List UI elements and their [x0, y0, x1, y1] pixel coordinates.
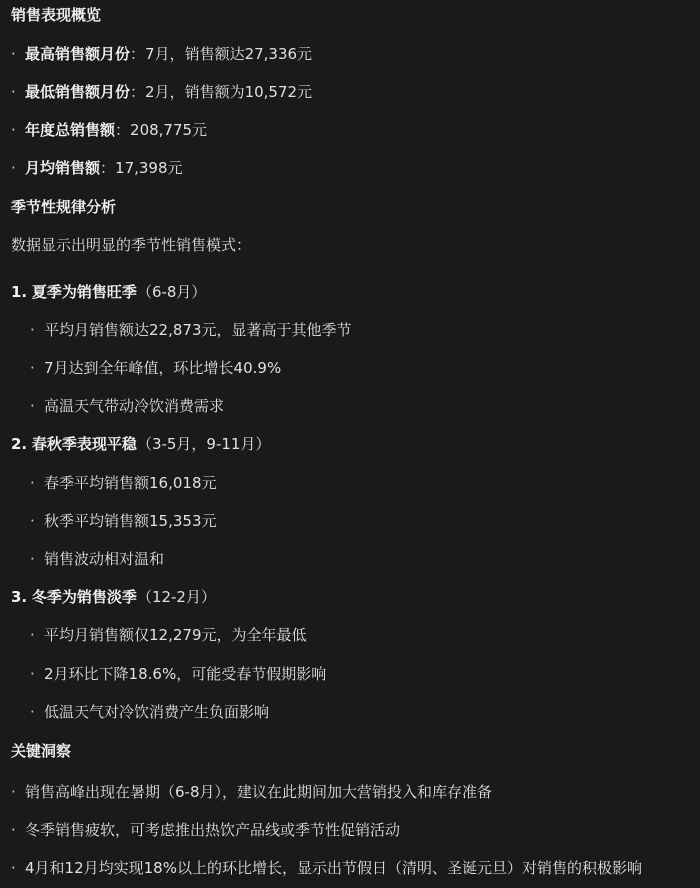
bullet-icon: · [30, 702, 44, 722]
season-spring-autumn-title: 2. 春秋季表现平稳（3-5月，9-11月） [11, 434, 270, 454]
overview-item-annual-total: ·年度总销售额：208,775元 [11, 120, 207, 140]
season-range: （3-5月，9-11月） [137, 435, 271, 453]
bullet-icon: · [30, 320, 44, 340]
bullet-icon: · [30, 625, 44, 645]
item-label: 月均销售额 [25, 159, 100, 177]
item-separator: ： [115, 121, 130, 139]
insight-item: ·4月和12月均实现18%以上的环比增长，显示出节假日（清明、圣诞元旦）对销售的… [11, 858, 642, 878]
summer-point: ·高温天气带动冷饮消费需求 [30, 396, 224, 416]
list-number: 1. [11, 283, 27, 301]
bullet-icon: · [11, 44, 25, 64]
bullet-icon: · [30, 473, 44, 493]
item-label: 最低销售额月份 [25, 83, 130, 101]
overview-item-lowest-month: ·最低销售额月份：2月，销售额为10,572元 [11, 82, 312, 102]
item-separator: ： [130, 45, 145, 63]
season-title: 春秋季表现平稳 [32, 435, 137, 453]
bullet-icon: · [11, 158, 25, 178]
season-title: 冬季为销售淡季 [32, 588, 137, 606]
bullet-icon: · [30, 549, 44, 569]
bullet-icon: · [11, 82, 25, 102]
season-range: （12-2月） [137, 588, 216, 606]
insight-item: ·销售高峰出现在暑期（6-8月），建议在此期间加大营销投入和库存准备 [11, 782, 492, 802]
spring-autumn-point: ·秋季平均销售额15,353元 [30, 511, 217, 531]
insight-item: ·冬季销售疲软，可考虑推出热饮产品线或季节性促销活动 [11, 820, 400, 840]
item-value: 2月，销售额为10,572元 [145, 83, 312, 101]
overview-heading: 销售表现概览 [11, 5, 101, 25]
seasonal-heading: 季节性规律分析 [11, 197, 116, 217]
bullet-icon: · [11, 820, 25, 840]
summer-point: ·7月达到全年峰值，环比增长40.9% [30, 358, 281, 378]
item-value: 17,398元 [115, 159, 183, 177]
spring-autumn-point: ·销售波动相对温和 [30, 549, 164, 569]
season-title: 夏季为销售旺季 [32, 283, 137, 301]
spring-autumn-point: ·春季平均销售额16,018元 [30, 473, 217, 493]
bullet-icon: · [11, 782, 25, 802]
bullet-icon: · [30, 511, 44, 531]
list-number: 3. [11, 588, 27, 606]
winter-point: ·低温天气对冷饮消费产生负面影响 [30, 702, 269, 722]
bullet-icon: · [11, 120, 25, 140]
winter-point: ·2月环比下降18.6%，可能受春节假期影响 [30, 664, 326, 684]
list-number: 2. [11, 435, 27, 453]
item-value: 208,775元 [130, 121, 207, 139]
winter-point: ·平均月销售额仅12,279元，为全年最低 [30, 625, 307, 645]
seasonal-intro: 数据显示出明显的季节性销售模式： [11, 235, 251, 255]
season-range: （6-8月） [137, 283, 207, 301]
item-separator: ： [130, 83, 145, 101]
summer-point: ·平均月销售额达22,873元，显著高于其他季节 [30, 320, 352, 340]
bullet-icon: · [30, 396, 44, 416]
item-value: 7月，销售额达27,336元 [145, 45, 312, 63]
season-summer-title: 1. 夏季为销售旺季（6-8月） [11, 282, 206, 302]
bullet-icon: · [30, 358, 44, 378]
overview-item-monthly-average: ·月均销售额：17,398元 [11, 158, 183, 178]
item-separator: ： [100, 159, 115, 177]
bullet-icon: · [11, 858, 25, 878]
season-winter-title: 3. 冬季为销售淡季（12-2月） [11, 587, 216, 607]
item-label: 年度总销售额 [25, 121, 115, 139]
bullet-icon: · [30, 664, 44, 684]
insights-heading: 关键洞察 [11, 741, 71, 761]
item-label: 最高销售额月份 [25, 45, 130, 63]
overview-item-highest-month: ·最高销售额月份：7月，销售额达27,336元 [11, 44, 312, 64]
